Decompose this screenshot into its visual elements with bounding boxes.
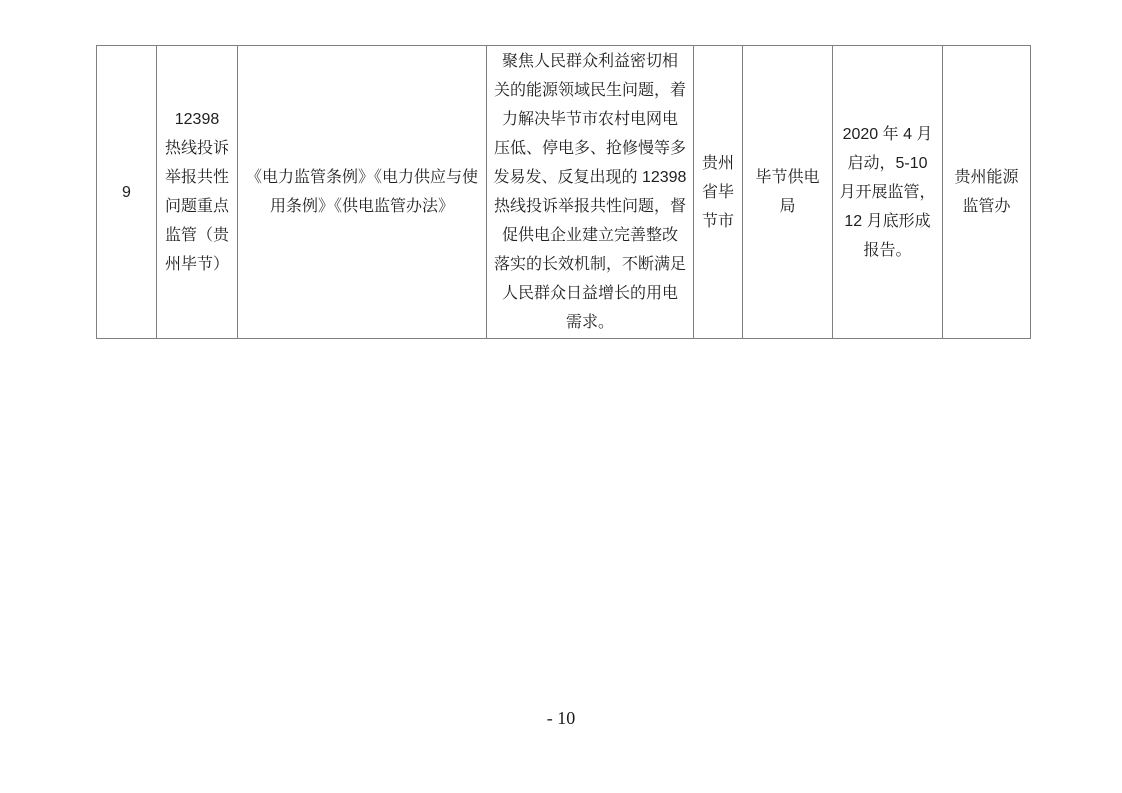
cell-responsible-authority: 贵州能源 监管办: [943, 46, 1031, 339]
cell-project-name: 12398 热线投诉 举报共性 问题重点 监管（贵 州毕节）: [157, 46, 238, 339]
supervision-table: 9 12398 热线投诉 举报共性 问题重点 监管（贵 州毕节） 《电力监管条例…: [96, 45, 1031, 339]
table-row: 9 12398 热线投诉 举报共性 问题重点 监管（贵 州毕节） 《电力监管条例…: [97, 46, 1031, 339]
cell-main-content: 聚焦人民群众利益密切相 关的能源领域民生问题，着 力解决毕节市农村电网电 压低、…: [487, 46, 694, 339]
page-number: - 10: [0, 705, 1122, 731]
cell-supervised-unit: 毕节供电 局: [743, 46, 833, 339]
cell-schedule: 2020 年 4 月 启动，5-10 月开展监管， 12 月底形成 报告。: [833, 46, 943, 339]
cell-legal-basis: 《电力监管条例》《电力供应与使 用条例》《供电监管办法》: [238, 46, 487, 339]
cell-row-number: 9: [97, 46, 157, 339]
cell-region: 贵州 省毕 节市: [694, 46, 743, 339]
